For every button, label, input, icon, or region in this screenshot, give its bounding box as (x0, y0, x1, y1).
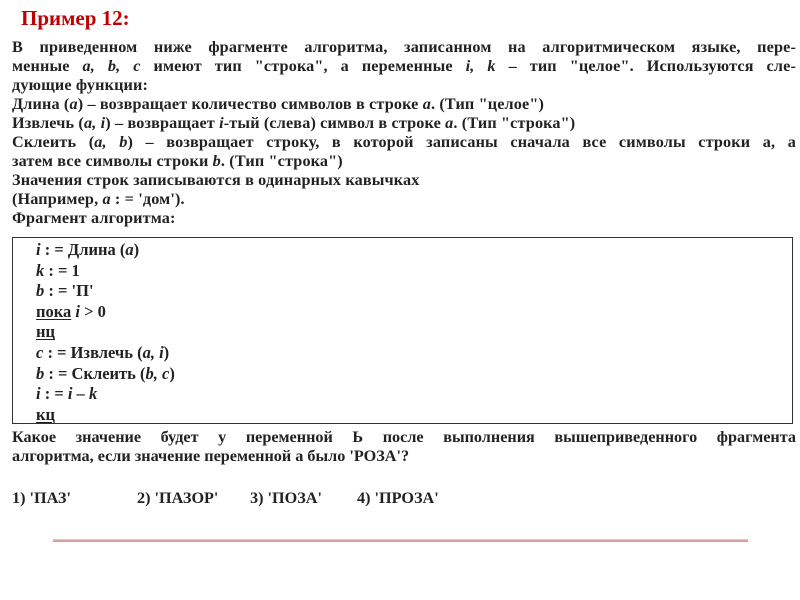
text: ) – возвращает количество символов в стр… (78, 95, 423, 113)
text: : = 'П' (44, 281, 93, 300)
code-line: b : = Склеить (b, c) (36, 364, 175, 385)
var-names: i, k (466, 57, 496, 75)
text: Склеить ( (12, 133, 94, 151)
var-name: i (71, 302, 80, 321)
text: (Например, (12, 190, 102, 208)
var-name: a (69, 95, 77, 113)
var-name: b (36, 281, 44, 300)
algorithm-code: i : = Длина (a)k : = 1b : = 'П'пока i > … (36, 240, 175, 425)
keyword: пока (36, 302, 71, 321)
code-line: c : = Извлечь (a, i) (36, 343, 175, 364)
text: -тый (слева) символ в строке (224, 114, 445, 132)
var-name: b (36, 364, 44, 383)
answer-option-1: 1) 'ПАЗ' (12, 489, 71, 508)
answer-option-3: 3) 'ПОЗА' (250, 489, 322, 508)
intro-line-2: менные a, b, c имеют тип "строка", а пер… (12, 57, 796, 76)
var-name: a, i (84, 114, 105, 132)
function-length-desc: Длина (a) – возвращает количество символ… (12, 95, 796, 114)
code-line: пока i > 0 (36, 302, 175, 323)
text: ) (169, 364, 175, 383)
intro-line-3: дующие функции: (12, 76, 796, 95)
quote-note: Значения строк записываются в одинарных … (12, 171, 796, 190)
text: имеют тип "строка", а переменные (141, 57, 466, 75)
algorithm-code-box: i : = Длина (a)k : = 1b : = 'П'пока i > … (12, 237, 793, 424)
var-name: b (213, 152, 221, 170)
text: . (Тип "строка") (221, 152, 343, 170)
divider-line (53, 539, 748, 542)
problem-statement: В приведенном ниже фрагменте алгоритма, … (12, 38, 796, 228)
question-line-1: Какое значение будет у переменной Ь посл… (12, 428, 796, 447)
code-line: i : = i – k (36, 384, 175, 405)
text: менные (12, 57, 83, 75)
example-title: Пример 12: (21, 6, 130, 31)
text: ) (134, 240, 140, 259)
answer-option-2: 2) 'ПАЗОР' (137, 489, 218, 508)
code-line: i : = Длина (a) (36, 240, 175, 261)
code-line: k : = 1 (36, 261, 175, 282)
text: : = Длина ( (41, 240, 126, 259)
function-extract-desc: Извлечь (a, i) – возвращает i-тый (слева… (12, 114, 796, 133)
code-line: кц (36, 405, 175, 426)
fragment-label: Фрагмент алгоритма: (12, 209, 796, 228)
code-line: b : = 'П' (36, 281, 175, 302)
var-name: a (423, 95, 431, 113)
function-concat-desc-2: затем все символы строки b. (Тип "строка… (12, 152, 796, 171)
text: : = 'дом'). (111, 190, 185, 208)
var-name: i – k (68, 384, 97, 403)
text: : = 1 (44, 261, 80, 280)
keyword: нц (36, 322, 55, 341)
question: Какое значение будет у переменной Ь посл… (12, 428, 796, 466)
text: : = Извлечь ( (43, 343, 142, 362)
text: > 0 (80, 302, 106, 321)
keyword: кц (36, 405, 55, 424)
text: ) – возвращает строку, в которой записан… (127, 133, 796, 151)
code-line: нц (36, 322, 175, 343)
var-names: a, b, c (83, 57, 141, 75)
text: – тип "целое". Используются сле- (496, 57, 796, 75)
text: ) – возвращает (105, 114, 219, 132)
function-concat-desc: Склеить (a, b) – возвращает строку, в ко… (12, 133, 796, 152)
text: Длина ( (12, 95, 69, 113)
var-name: a (102, 190, 110, 208)
var-name: b, c (145, 364, 169, 383)
example-note: (Например, a : = 'дом'). (12, 190, 796, 209)
var-name: a, b (94, 133, 127, 151)
var-name: k (36, 261, 44, 280)
text: Извлечь ( (12, 114, 84, 132)
var-name: a (125, 240, 133, 259)
text: затем все символы строки (12, 152, 213, 170)
intro-line-1: В приведенном ниже фрагменте алгоритма, … (12, 38, 796, 57)
text: . (Тип "строка") (453, 114, 575, 132)
text: ) (164, 343, 170, 362)
var-name: a, i (143, 343, 164, 362)
text: . (Тип "целое") (431, 95, 544, 113)
question-line-2: алгоритма, если значение переменной а бы… (12, 447, 796, 466)
text: : = Склеить ( (44, 364, 145, 383)
answer-option-4: 4) 'ПРОЗА' (357, 489, 439, 508)
text: : = (41, 384, 68, 403)
